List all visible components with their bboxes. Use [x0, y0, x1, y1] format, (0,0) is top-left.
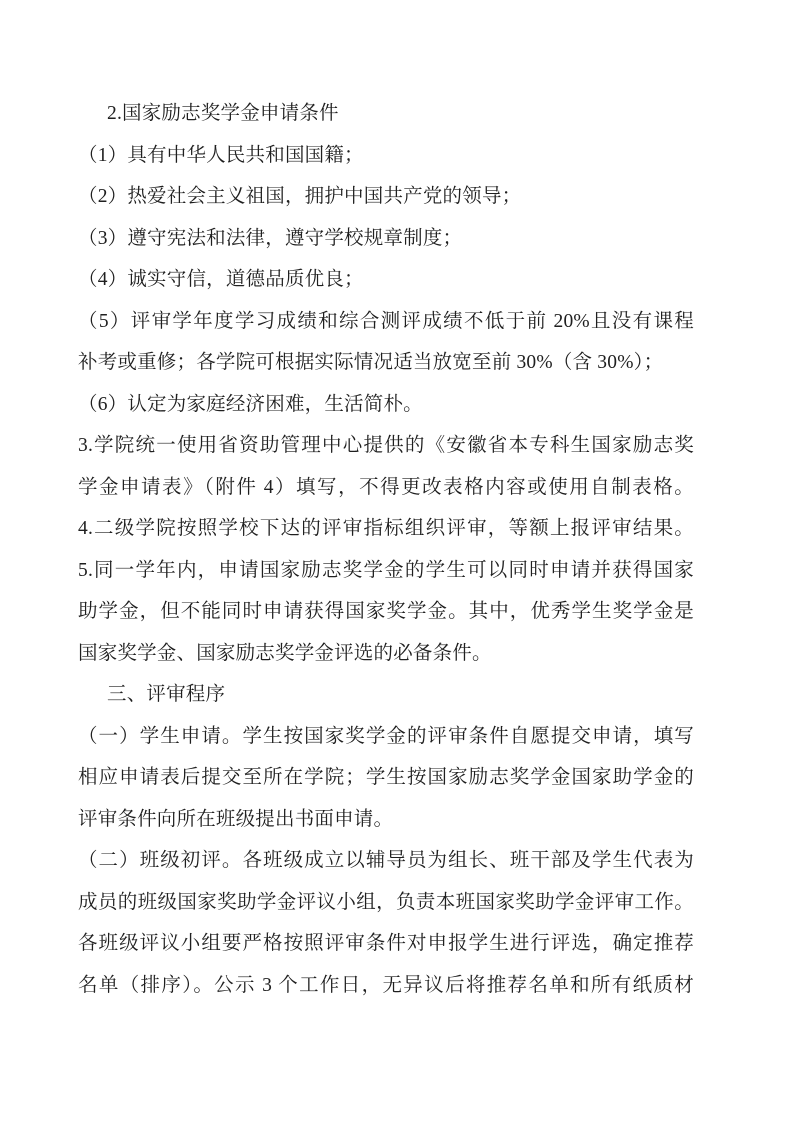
doc-line-proc-1b: 相应申请表后提交至所在学院；学生按国家励志奖学金国家助学金的	[78, 757, 694, 799]
doc-line-para-5c: 国家奖学金、国家励志奖学金评选的必备条件。	[78, 633, 694, 675]
doc-line-proc-2c: 各班级评议小组要严格按照评审条件对申报学生进行评选，确定推荐	[78, 923, 694, 965]
doc-line-item-6: （6）认定为家庭经济困难，生活简朴。	[78, 384, 694, 426]
doc-line-para-5b: 助学金，但不能同时申请获得国家奖学金。其中，优秀学生奖学金是	[78, 591, 694, 633]
doc-line-item-2: （2）热爱社会主义祖国，拥护中国共产党的领导；	[78, 176, 694, 218]
doc-line-para-3a: 3.学院统一使用省资助管理中心提供的《安徽省本专科生国家励志奖	[78, 425, 694, 467]
doc-line-proc-1a: （一）学生申请。学生按国家奖学金的评审条件自愿提交申请，填写	[78, 716, 694, 758]
doc-line-item-3: （3）遵守宪法和法律，遵守学校规章制度；	[78, 218, 694, 260]
doc-line-item-5b: 补考或重修；各学院可根据实际情况适当放宽至前 30%（含 30%）；	[78, 342, 694, 384]
doc-line-proc-2d: 名单（排序）。公示 3 个工作日，无异议后将推荐名单和所有纸质材	[78, 965, 694, 1007]
document-page: 2.国家励志奖学金申请条件 （1）具有中华人民共和国国籍； （2）热爱社会主义祖…	[0, 0, 793, 1122]
doc-line-proc-2a: （二）班级初评。各班级成立以辅导员为组长、班干部及学生代表为	[78, 840, 694, 882]
doc-line-item-1: （1）具有中华人民共和国国籍；	[78, 135, 694, 177]
doc-line-heading-3: 三、评审程序	[78, 674, 694, 716]
doc-line-item-5a: （5）评审学年度学习成绩和综合测评成绩不低于前 20%且没有课程	[78, 301, 694, 343]
document-body: 2.国家励志奖学金申请条件 （1）具有中华人民共和国国籍； （2）热爱社会主义祖…	[78, 93, 694, 1006]
doc-line-proc-2b: 成员的班级国家奖助学金评议小组，负责本班国家奖助学金评审工作。	[78, 882, 694, 924]
doc-line-para-4: 4.二级学院按照学校下达的评审指标组织评审，等额上报评审结果。	[78, 508, 694, 550]
doc-line-proc-1c: 评审条件向所在班级提出书面申请。	[78, 799, 694, 841]
doc-line-para-5a: 5.同一学年内，申请国家励志奖学金的学生可以同时申请并获得国家	[78, 550, 694, 592]
doc-line-heading-2: 2.国家励志奖学金申请条件	[78, 93, 694, 135]
doc-line-para-3b: 学金申请表》（附件 4）填写，不得更改表格内容或使用自制表格。	[78, 467, 694, 509]
doc-line-item-4: （4）诚实守信，道德品质优良；	[78, 259, 694, 301]
